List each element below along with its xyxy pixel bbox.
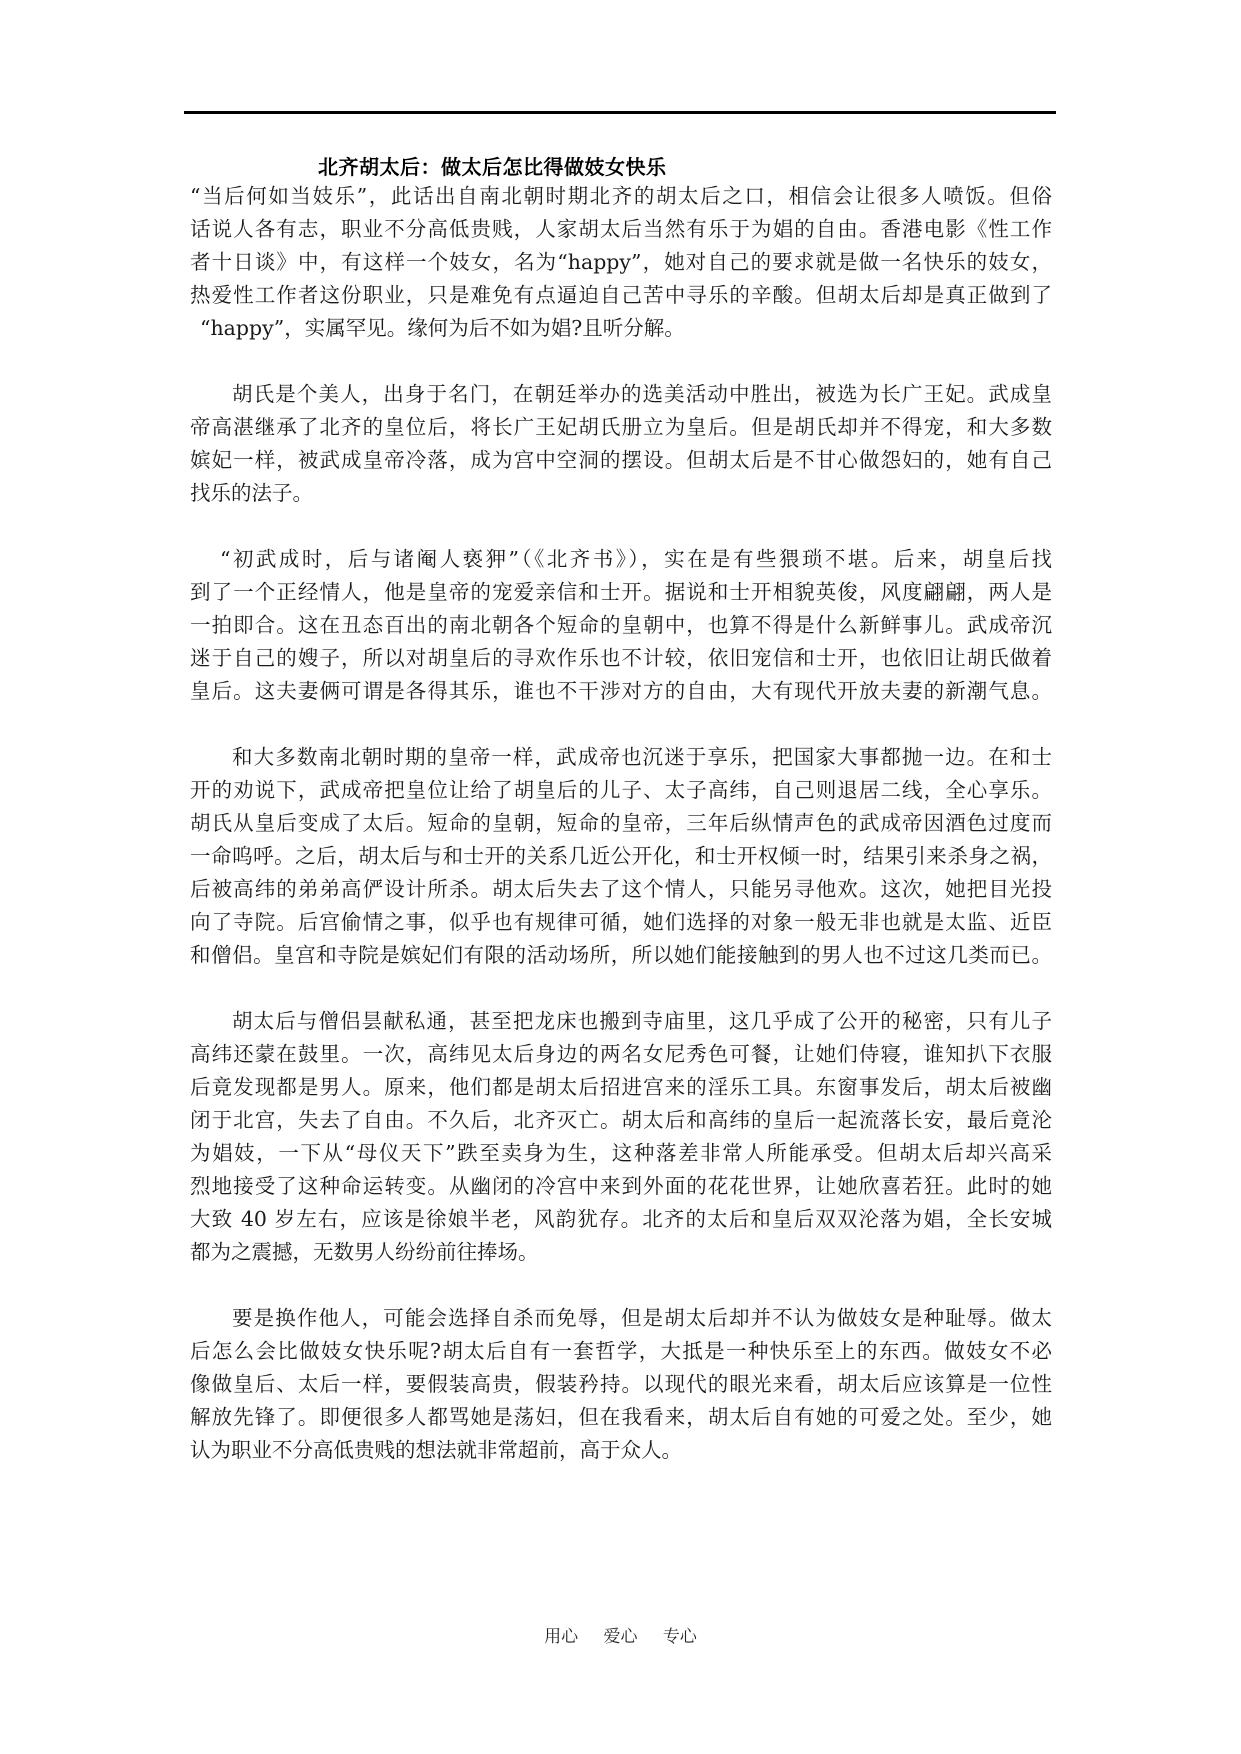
text-line: 胡太后与僧侣昙献私通，甚至把龙床也搬到寺庙里，这几乎成了公开的秘密，只有儿子 — [190, 1005, 1052, 1038]
text-line: 找乐的法子。 — [190, 477, 1052, 510]
text-line: 为娼妓，一下从“母仪天下”跌至卖身为生，这种落差非常人所能承受。但胡太后却兴高采 — [190, 1137, 1052, 1170]
text-line: 烈地接受了这种命运转变。从幽闭的冷宫中来到外面的花花世界，让她欣喜若狂。此时的她 — [190, 1170, 1052, 1203]
text-line: 高纬还蒙在鼓里。一次，高纬见太后身边的两名女尼秀色可餐，让她们侍寝，谁知扒下衣服 — [190, 1038, 1052, 1071]
article-body: “当后何如当妓乐”，此话出自南北朝时期北齐的胡太后之口，相信会让很多人喷饭。但俗… — [190, 180, 1052, 1500]
footer-motto-2: 爱心 — [604, 1627, 638, 1647]
footer-motto-3: 专心 — [663, 1627, 697, 1647]
text-line: 胡氏从皇后变成了太后。短命的皇朝，短命的皇帝，三年后纵情声色的武成帝因酒色过度而 — [190, 807, 1052, 840]
text-line: 要是换作他人，可能会选择自杀而免辱，但是胡太后却并不认为做妓女是种耻辱。做太 — [190, 1302, 1052, 1335]
text-line: 大致 40 岁左右，应该是徐娘半老，风韵犹存。北齐的太后和皇后双双沦落为娼，全长… — [190, 1203, 1052, 1236]
text-line: “当后何如当妓乐”，此话出自南北朝时期北齐的胡太后之口，相信会让很多人喷饭。但俗 — [190, 180, 1052, 213]
text-line: 迷于自己的嫂子，所以对胡皇后的寻欢作乐也不计较，依旧宠信和士开，也依旧让胡氏做着 — [190, 642, 1052, 675]
text-line: 认为职业不分高低贵贱的想法就非常超前，高于众人。 — [190, 1434, 1052, 1467]
text-line: 后被高纬的弟弟高俨设计所杀。胡太后失去了这个情人，只能另寻他欢。这次，她把目光投 — [190, 873, 1052, 906]
text-line: “happy”，实属罕见。缘何为后不如为娼?且听分解。 — [190, 312, 1052, 345]
paragraph-lover: “初武成时，后与诸阉人亵狎”（《北齐书》），实在是有些猥琐不堪。后来，胡皇后找 … — [190, 543, 1052, 708]
text-line: 都为之震撼，无数男人纷纷前往捧场。 — [190, 1236, 1052, 1269]
document-page: 北齐胡太后：做太后怎比得做妓女快乐 “当后何如当妓乐”，此话出自南北朝时期北齐的… — [0, 0, 1241, 1754]
text-line: 开的劝说下，武成帝把皇位让给了胡皇后的儿子、太子高纬，自己则退居二线，全心享乐。 — [190, 774, 1052, 807]
text-line: 和僧侣。皇宫和寺院是嫔妃们有限的活动场所，所以她们能接触到的男人也不过这几类而已… — [190, 939, 1052, 972]
text-line: 一拍即合。这在丑态百出的南北朝各个短命的皇朝中，也算不得是什么新鲜事儿。武成帝沉 — [190, 609, 1052, 642]
paragraph-background: 胡氏是个美人，出身于名门，在朝廷举办的选美活动中胜出，被选为长广王妃。武成皇 帝… — [190, 378, 1052, 510]
page-footer: 用心 爱心 专心 — [0, 1622, 1241, 1647]
text-line: 像做皇后、太后一样，要假装高贵，假装矜持。以现代的眼光来看，胡太后应该算是一位性 — [190, 1368, 1052, 1401]
text-line: 话说人各有志，职业不分高低贵贱，人家胡太后当然有乐于为娼的自由。香港电影《性工作 — [190, 213, 1052, 246]
text-line: 解放先锋了。即便很多人都骂她是荡妇，但在我看来，胡太后自有她的可爱之处。至少，她 — [190, 1401, 1052, 1434]
text-line: 胡氏是个美人，出身于名门，在朝廷举办的选美活动中胜出，被选为长广王妃。武成皇 — [190, 378, 1052, 411]
paragraph-downfall: 胡太后与僧侣昙献私通，甚至把龙床也搬到寺庙里，这几乎成了公开的秘密，只有儿子 高… — [190, 1005, 1052, 1269]
header-rule — [184, 111, 1056, 114]
footer-motto-1: 用心 — [544, 1627, 578, 1647]
text-line: 闭于北宫，失去了自由。不久后，北齐灭亡。胡太后和高纬的皇后一起流落长安，最后竟沦 — [190, 1104, 1052, 1137]
text-line: 帝高湛继承了北齐的皇位后，将长广王妃胡氏册立为皇后。但是胡氏却并不得宠，和大多数 — [190, 411, 1052, 444]
text-line: 皇后。这夫妻俩可谓是各得其乐，谁也不干涉对方的自由，大有现代开放夫妻的新潮气息。 — [190, 675, 1052, 708]
paragraph-conclusion: 要是换作他人，可能会选择自杀而免辱，但是胡太后却并不认为做妓女是种耻辱。做太 后… — [190, 1302, 1052, 1467]
text-line: “初武成时，后与诸阉人亵狎”（《北齐书》），实在是有些猥琐不堪。后来，胡皇后找 — [190, 543, 1052, 576]
text-line: 和大多数南北朝时期的皇帝一样，武成帝也沉迷于享乐，把国家大事都抛一边。在和士 — [190, 741, 1052, 774]
text-line: 热爱性工作者这份职业，只是难免有点逼迫自己苦中寻乐的辛酸。但胡太后却是真正做到了 — [190, 279, 1052, 312]
text-line: 一命呜呼。之后，胡太后与和士开的关系几近公开化，和士开权倾一时，结果引来杀身之祸… — [190, 840, 1052, 873]
text-line: 向了寺院。后宫偷情之事，似乎也有规律可循，她们选择的对象一般无非也就是太监、近臣 — [190, 906, 1052, 939]
paragraph-abdication: 和大多数南北朝时期的皇帝一样，武成帝也沉迷于享乐，把国家大事都抛一边。在和士 开… — [190, 741, 1052, 972]
article-title: 北齐胡太后：做太后怎比得做妓女快乐 — [318, 151, 667, 180]
text-line: 嫔妃一样，被武成皇帝冷落，成为宫中空洞的摆设。但胡太后是不甘心做怨妇的，她有自己 — [190, 444, 1052, 477]
text-line: 后竟发现都是男人。原来，他们都是胡太后招进宫来的淫乐工具。东窗事发后，胡太后被幽 — [190, 1071, 1052, 1104]
text-line: 者十日谈》中，有这样一个妓女，名为“happy”，她对自己的要求就是做一名快乐的… — [190, 246, 1052, 279]
paragraph-intro: “当后何如当妓乐”，此话出自南北朝时期北齐的胡太后之口，相信会让很多人喷饭。但俗… — [190, 180, 1052, 345]
text-line: 后怎么会比做妓女快乐呢?胡太后自有一套哲学，大抵是一种快乐至上的东西。做妓女不必 — [190, 1335, 1052, 1368]
text-line: 到了一个正经情人，他是皇帝的宠爱亲信和士开。据说和士开相貌英俊，风度翩翩，两人是 — [190, 576, 1052, 609]
